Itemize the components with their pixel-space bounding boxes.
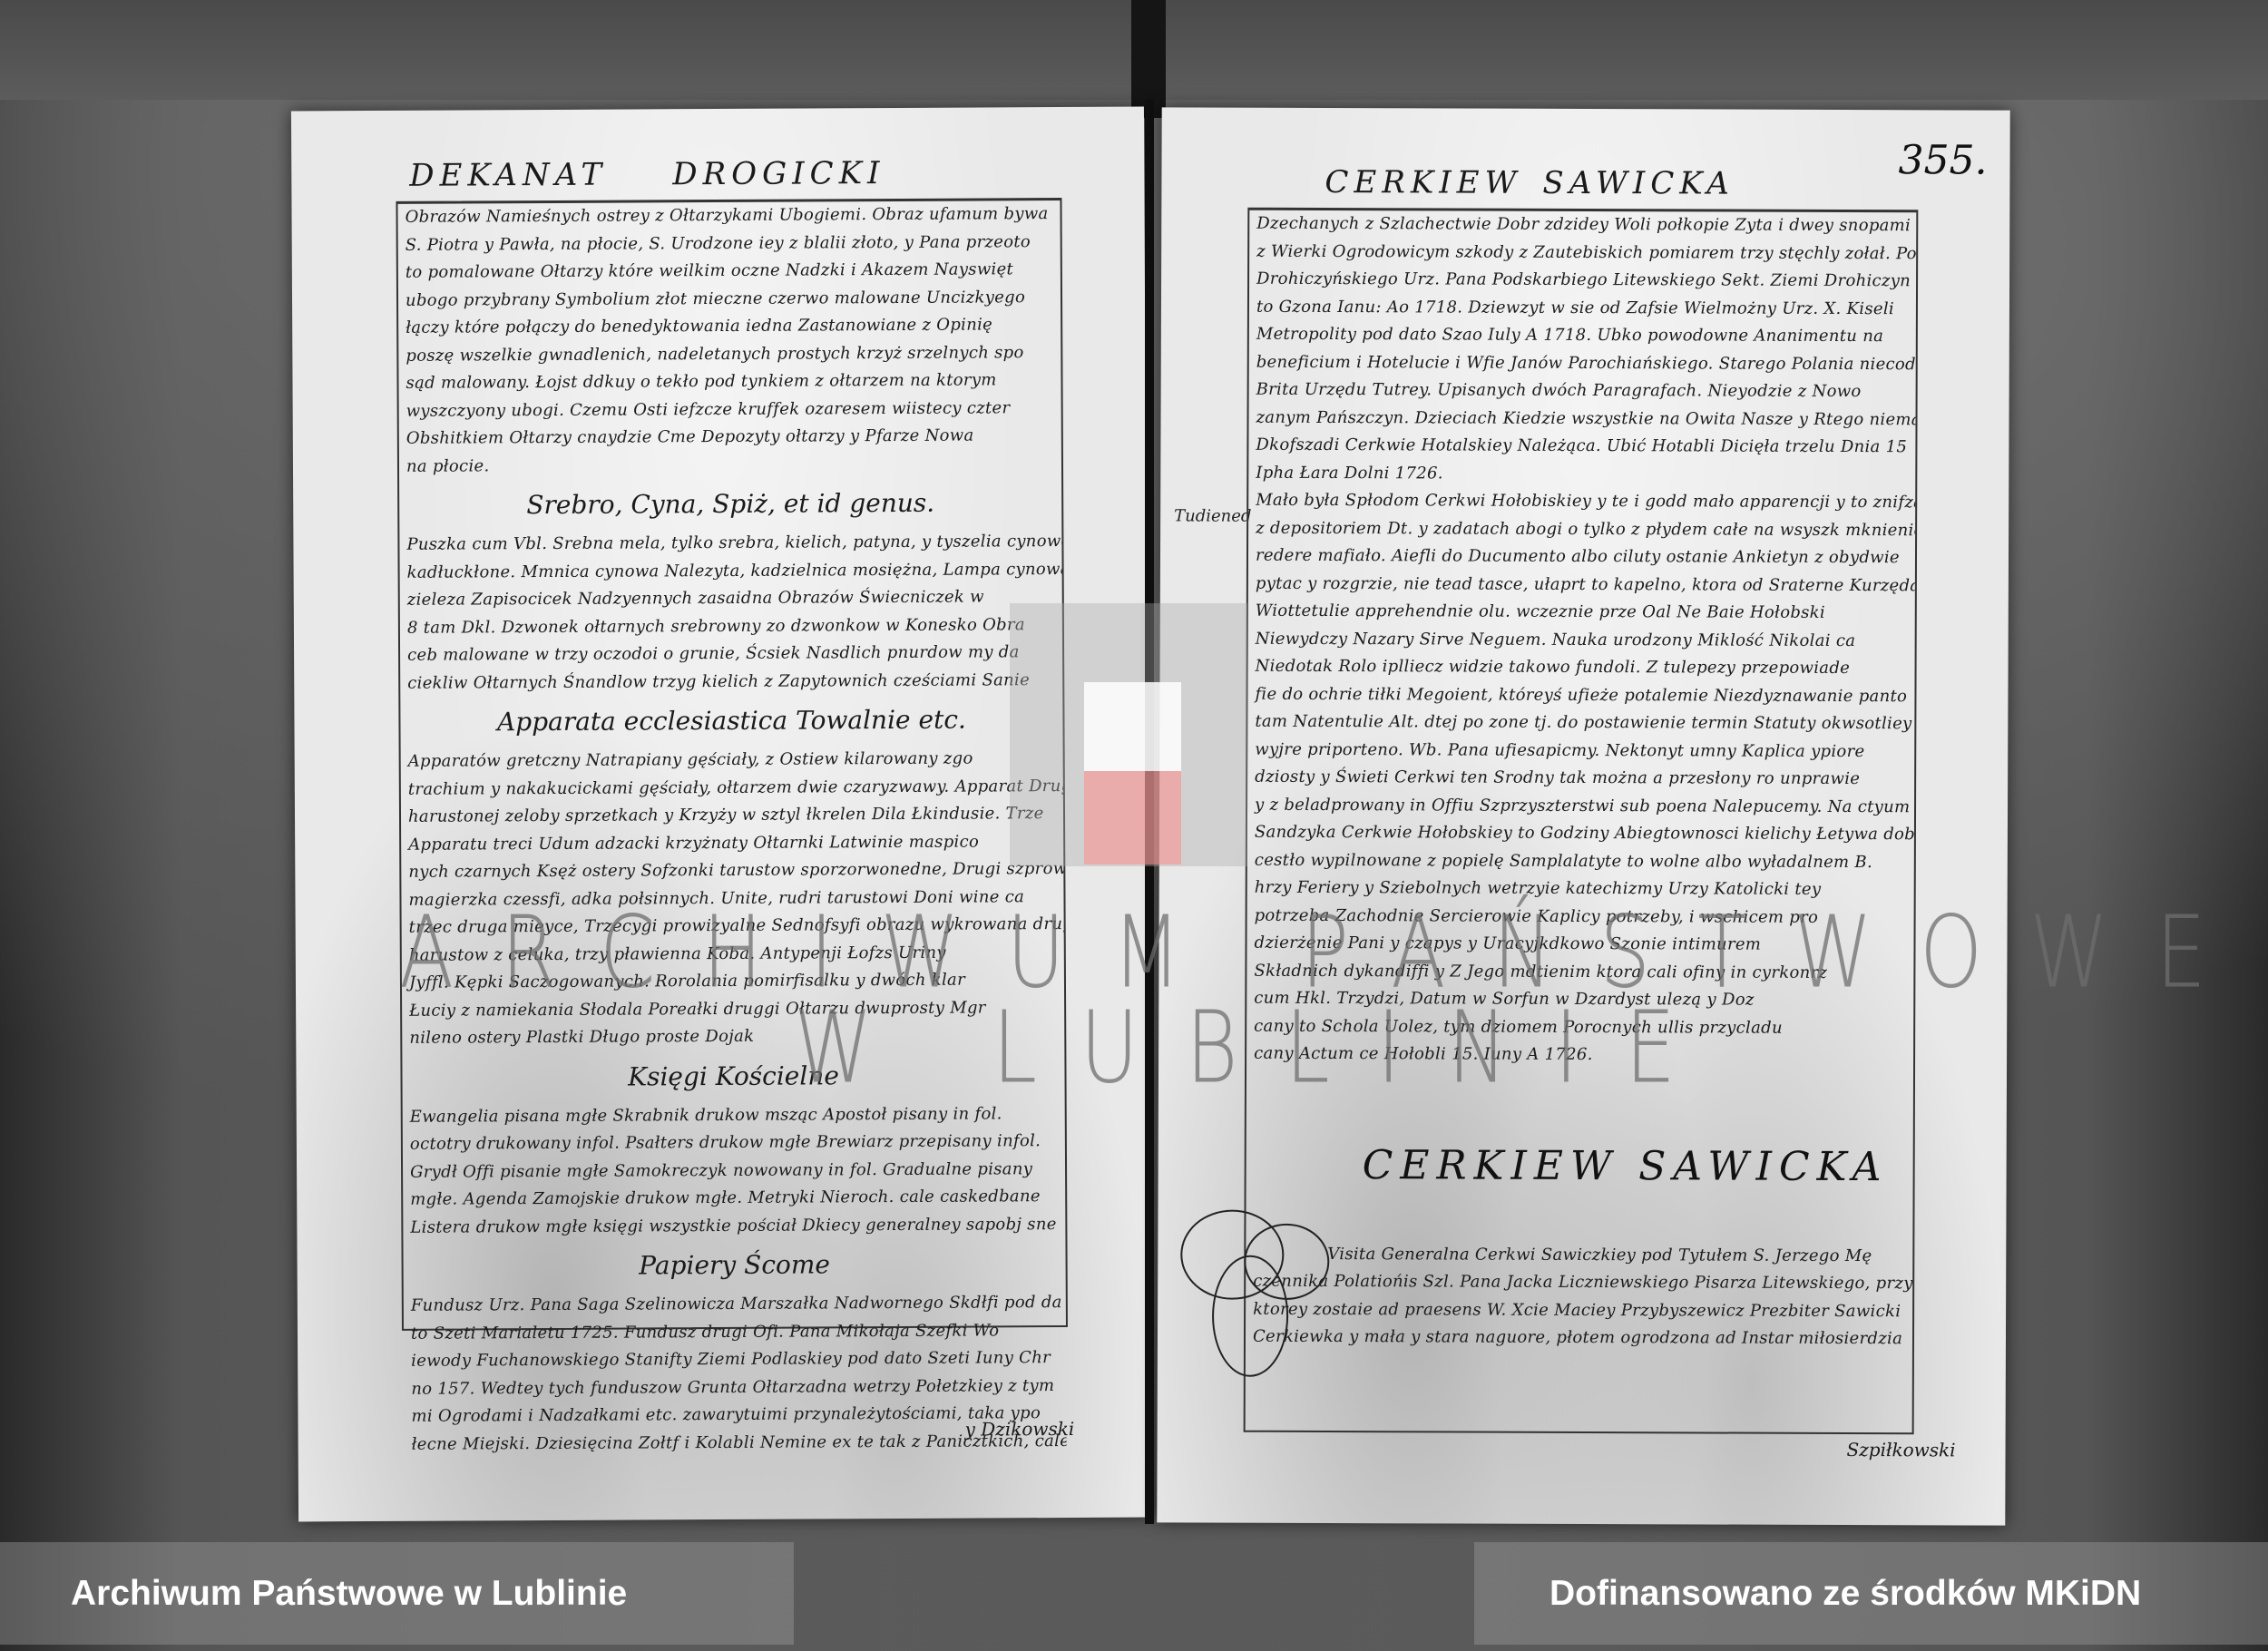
flag-white-icon (1084, 682, 1181, 771)
text-line: łączy które połączy do benedyktowania ie… (398, 311, 1061, 342)
text-line: to Gzona Ianu: Ao 1718. Dziewzyt w sie o… (1249, 293, 1916, 323)
text-line: Niewydczy Nazary Sirve Neguem. Nauka uro… (1248, 625, 1915, 655)
page-number: 355. (1898, 137, 1987, 183)
text-line: na płocie. (399, 450, 1061, 481)
text-line: Grydł Offi pisanie mgłe Samokreczyk nowo… (403, 1156, 1065, 1187)
footer-funding-banner: Dofinansowano ze środków MKiDN (1474, 1542, 2268, 1645)
right-page: 355. CERKIEW SAWICKA Tudiened Dzechanych… (1157, 107, 2009, 1525)
left-header-place: DROGICKI (672, 155, 885, 192)
flourish-ornament-icon (1212, 1255, 1288, 1377)
text-line: Drohiczyńskiego Urz. Pana Podskarbiego L… (1249, 266, 1916, 296)
text-line: Fundusz Urz. Pana Saga Szelinowicza Mars… (404, 1289, 1066, 1320)
text-line: Puszka cum Vbl. Srebna mela, tylko srebr… (399, 528, 1061, 559)
text-line: cestło wypilnowane z popielę Samplalatyt… (1247, 846, 1914, 876)
text-line: to Szeti Marialetu 1725. Fundusz drugi O… (404, 1317, 1066, 1348)
section-heading-apparata: Apparata ecclesiastica Towalnie etc. (400, 694, 1062, 748)
text-line: Mało była Spłodom Cerkwi Hołobiskiey y t… (1248, 487, 1915, 517)
text-line: Metropolity pod dato Szao Iuly A 1718. U… (1249, 321, 1916, 351)
text-line: harustonej zeloby sprzetkach y Krzyży w … (401, 800, 1063, 831)
text-line: fie do ochrie tiłki Megoient, któreyś uf… (1247, 680, 1914, 710)
right-header-church: CERKIEW (1325, 164, 1521, 201)
right-signature: Szpiłkowski (1847, 1439, 1956, 1460)
left-text-block: Obrazów Namieśnych ostrey z Ołtarzykami … (396, 198, 1068, 1331)
text-line: trachium y nakakucickami gęściały, ołtar… (401, 773, 1063, 804)
footer-archive-banner: Archiwum Państwowe w Lublinie (0, 1542, 794, 1645)
watermark-line-2: W LUBLINIE (794, 989, 1723, 1106)
text-line: 8 tam Dkl. Dzwonek ołtarnych srebrowny z… (400, 611, 1062, 642)
big-section-heading: CERKIEW SAWICKA (1363, 1142, 1889, 1190)
text-line: mgłe. Agenda Zamojskie drukow mgłe. Metr… (403, 1183, 1065, 1214)
text-line: z Wierki Ogrodowicym szkody z Zautebiski… (1249, 238, 1916, 268)
text-line: redere mafiało. Aiefli do Ducumento albo… (1248, 542, 1915, 572)
text-line: poszę wszelkie gwnadlenich, nadeletanych… (398, 339, 1061, 370)
text-line: Ipha Łara Dolni 1726. (1248, 459, 1915, 489)
text-line: pytac y rozgrzie, nie tead tasce, ułaprt… (1248, 570, 1915, 600)
text-line: no 157. Wedtey tych funduszow Grunta Ołt… (404, 1373, 1066, 1403)
header-word: CERKIEW (1325, 164, 1521, 201)
text-line: iewody Fuchanowskiego Stanifty Ziemi Pod… (404, 1344, 1066, 1375)
text-line: Wiottetulie apprehendnie olu. wczeznie p… (1248, 598, 1915, 628)
text-line: zanym Pańszczyn. Dzieciach Kiedzie wszys… (1248, 404, 1915, 434)
text-line: y z beladprowany in Offiu Szprzyszterstw… (1247, 791, 1914, 821)
text-line: ceb malowane w trzy oczodoi o grunie, Śc… (400, 639, 1062, 669)
text-line: Brita Urzędu Tutrey. Upisanych dwóch Par… (1249, 376, 1916, 406)
section-heading-papers: Papiery Ścome (403, 1238, 1065, 1293)
text-line: ktorey zostaie ad praesens W. Xcie Macie… (1246, 1295, 1912, 1325)
text-line: Dkofszadi Cerkwie Hotalskiey Należąca. U… (1248, 432, 1915, 462)
text-line: to pomalowane Ołtarzy które weilkim oczn… (398, 256, 1061, 287)
header-word: DEKANAT (409, 157, 607, 194)
text-line: S. Piotra y Pawła, na płocie, S. Urodzon… (398, 229, 1061, 259)
text-line: Cerkiewka y mała y stara naguore, płotem… (1246, 1324, 1912, 1353)
text-line: Obshitkiem Ołtarzy cnaydzie Cme Depozyty… (399, 422, 1061, 453)
text-line: Sandzyka Cerkwie Hołobskiey to Godziny A… (1247, 819, 1914, 849)
text-line: sąd malowany. Łojst ddkuy o tekło pod ty… (398, 366, 1061, 397)
text-line: octotry drukowany infol. Psałters drukow… (403, 1128, 1065, 1158)
funding-label: Dofinansowano ze środków MKiDN (1474, 1574, 2141, 1614)
right-text-block: Dzechanych z Szlachectwie Dobr zdzidey W… (1244, 208, 1919, 1435)
header-word: DROGICKI (672, 155, 885, 192)
text-line: nych czarnych Ksęż ostery Sofzonki tarus… (401, 855, 1063, 886)
text-line: kadłuckłone. Mmnica cynowa Nalezyta, kad… (400, 556, 1062, 587)
text-line: dziosty y Świeti Cerkwi ten Srodny tak m… (1247, 764, 1914, 794)
text-line: z depositoriem Dt. y zadatach abogi o ty… (1248, 514, 1915, 544)
text-line: ubogo przybrany Symbolium złot mieczne c… (398, 284, 1061, 315)
text-line: Visita Generalna Cerkwi Sawiczkiey pod T… (1246, 1240, 1912, 1270)
text-line: Listera drukow mgłe księgi wszystkie poś… (403, 1211, 1065, 1242)
text-line: ciekliw Ołtarnych Śnandlow trzyg kielich… (400, 667, 1062, 698)
section-heading-silver: Srebro, Cyna, Spiż, et id genus. (399, 477, 1061, 532)
left-signature: y Dzikowski (964, 1418, 1074, 1441)
right-header-place: SAWICKA (1542, 165, 1735, 202)
text-line: wyjre priporteno. Wb. Pana ufiesapicmy. … (1247, 736, 1914, 766)
text-line: czennika Polatiońis Szl. Pana Jacka Licz… (1246, 1268, 1912, 1298)
text-line: Obrazów Namieśnych ostrey z Ołtarzykami … (397, 200, 1060, 231)
margin-note: Tudiened (1174, 506, 1251, 525)
text-line: zieleza Zapisocicek Nadzyennych zasaidna… (400, 583, 1062, 614)
text-line: tam Natentulie Alt. dtej po zone tj. do … (1247, 708, 1914, 738)
text-line: wyszczyony ubogi. Czemu Osti iefzcze kru… (399, 395, 1061, 425)
text-line: Dzechanych z Szlachectwie Dobr zdzidey W… (1249, 210, 1916, 240)
flag-red-icon (1084, 771, 1181, 865)
text-line: Apparatu treci Udum adzacki krzyżnaty Oł… (401, 828, 1063, 859)
archive-name-label: Archiwum Państwowe w Lublinie (0, 1574, 627, 1614)
left-header-deanery: DEKANAT (409, 157, 607, 194)
text-line: Apparatów gretczny Natrapiany gęściały, … (401, 745, 1063, 776)
text-line: beneficium i Hotelucie i Wfie Janów Paro… (1249, 348, 1916, 378)
header-word: SAWICKA (1542, 165, 1735, 202)
text-line: Niedotak Rolo iplliecz widzie takowo fun… (1248, 653, 1915, 683)
